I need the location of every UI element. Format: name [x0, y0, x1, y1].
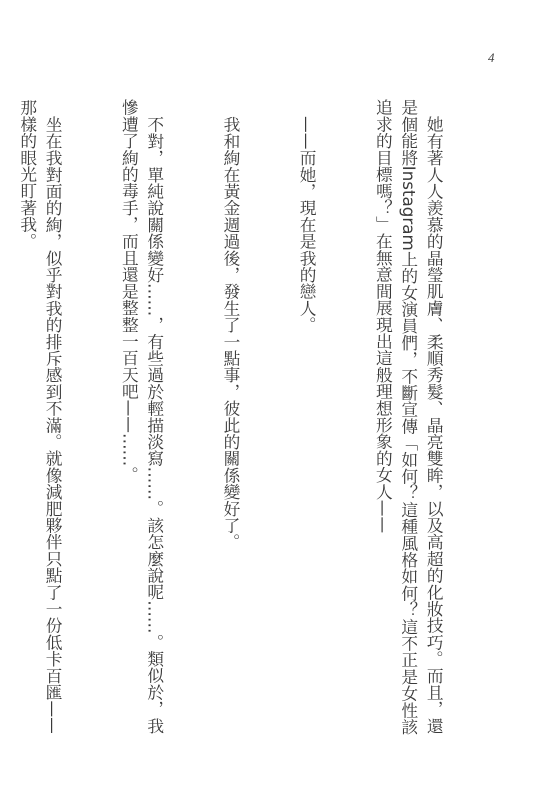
- page-number: 4: [488, 50, 495, 66]
- paragraph: 我和絢在黃金週過後，發生了一點事，彼此的關係變好了。: [218, 99, 243, 739]
- paragraph: 不對，單純說關係變好……，有些過於輕描淡寫……。該怎麼說呢……。類似於，我慘遭了…: [116, 99, 167, 739]
- paragraph: 坐在我對面的絢，似乎對我的排斥感到不滿。就像減肥夥伴只點了一份低卡百匯——那樣的…: [14, 99, 65, 739]
- paragraph: 她有著人人羨慕的晶瑩肌膚、柔順秀髮、晶亮雙眸，以及高超的化妝技巧。而且，還是個能…: [370, 99, 446, 739]
- vertical-text-body: 她有著人人羨慕的晶瑩肌膚、柔順秀髮、晶亮雙眸，以及高超的化妝技巧。而且，還是個能…: [0, 99, 497, 739]
- paragraph: ——而她，現在是我的戀人。: [294, 99, 319, 739]
